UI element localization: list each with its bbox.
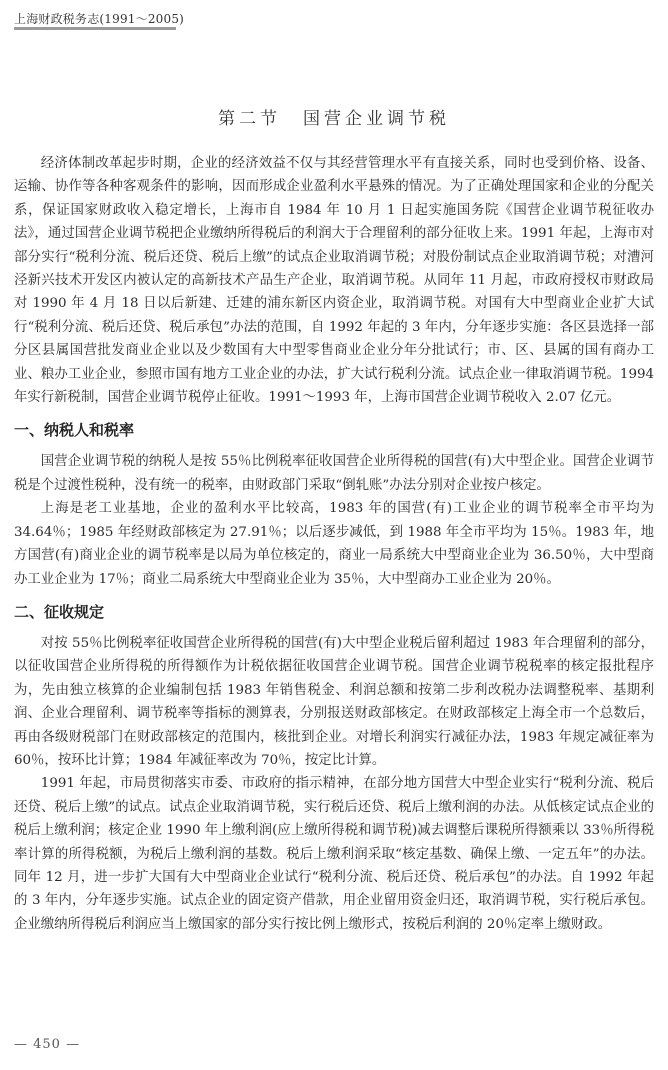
paragraph: 1991 年起，市局贯彻落实市委、市政府的指示精神，在部分地方国营大中型企业实行… bbox=[14, 772, 654, 936]
paragraph: 国营企业调节税的纳税人是按 55％比例税率征收国营企业所得税的国营(有)大中型企… bbox=[14, 450, 654, 497]
section-title: 第二节国营企业调节税 bbox=[0, 104, 668, 129]
subsection-heading-collection: 二、征收规定 bbox=[14, 600, 654, 624]
intro-paragraph: 经济体制改革起步时期，企业的经济效益不仅与其经营管理水平有直接关系，同时也受到价… bbox=[14, 152, 654, 409]
section-number: 第二节 bbox=[218, 109, 281, 129]
running-head: 上海财政税务志(1991～2005) bbox=[14, 10, 184, 27]
subsection-heading-taxpayers: 一、纳税人和税率 bbox=[14, 418, 654, 442]
body-content: 经济体制改革起步时期，企业的经济效益不仅与其经营管理水平有直接关系，同时也受到价… bbox=[14, 152, 654, 936]
paragraph: 对按 55％比例税率征收国营企业所得税的国营(有)大中型企业税后留利超过 198… bbox=[14, 632, 654, 772]
section-title-text: 国营企业调节税 bbox=[303, 109, 450, 129]
paragraph: 上海是老工业基地，企业的盈利水平比较高，1983 年的国营(有)工业企业的调节税… bbox=[14, 497, 654, 591]
running-head-rule bbox=[14, 27, 176, 30]
page-number: — 450 — bbox=[14, 1037, 80, 1052]
